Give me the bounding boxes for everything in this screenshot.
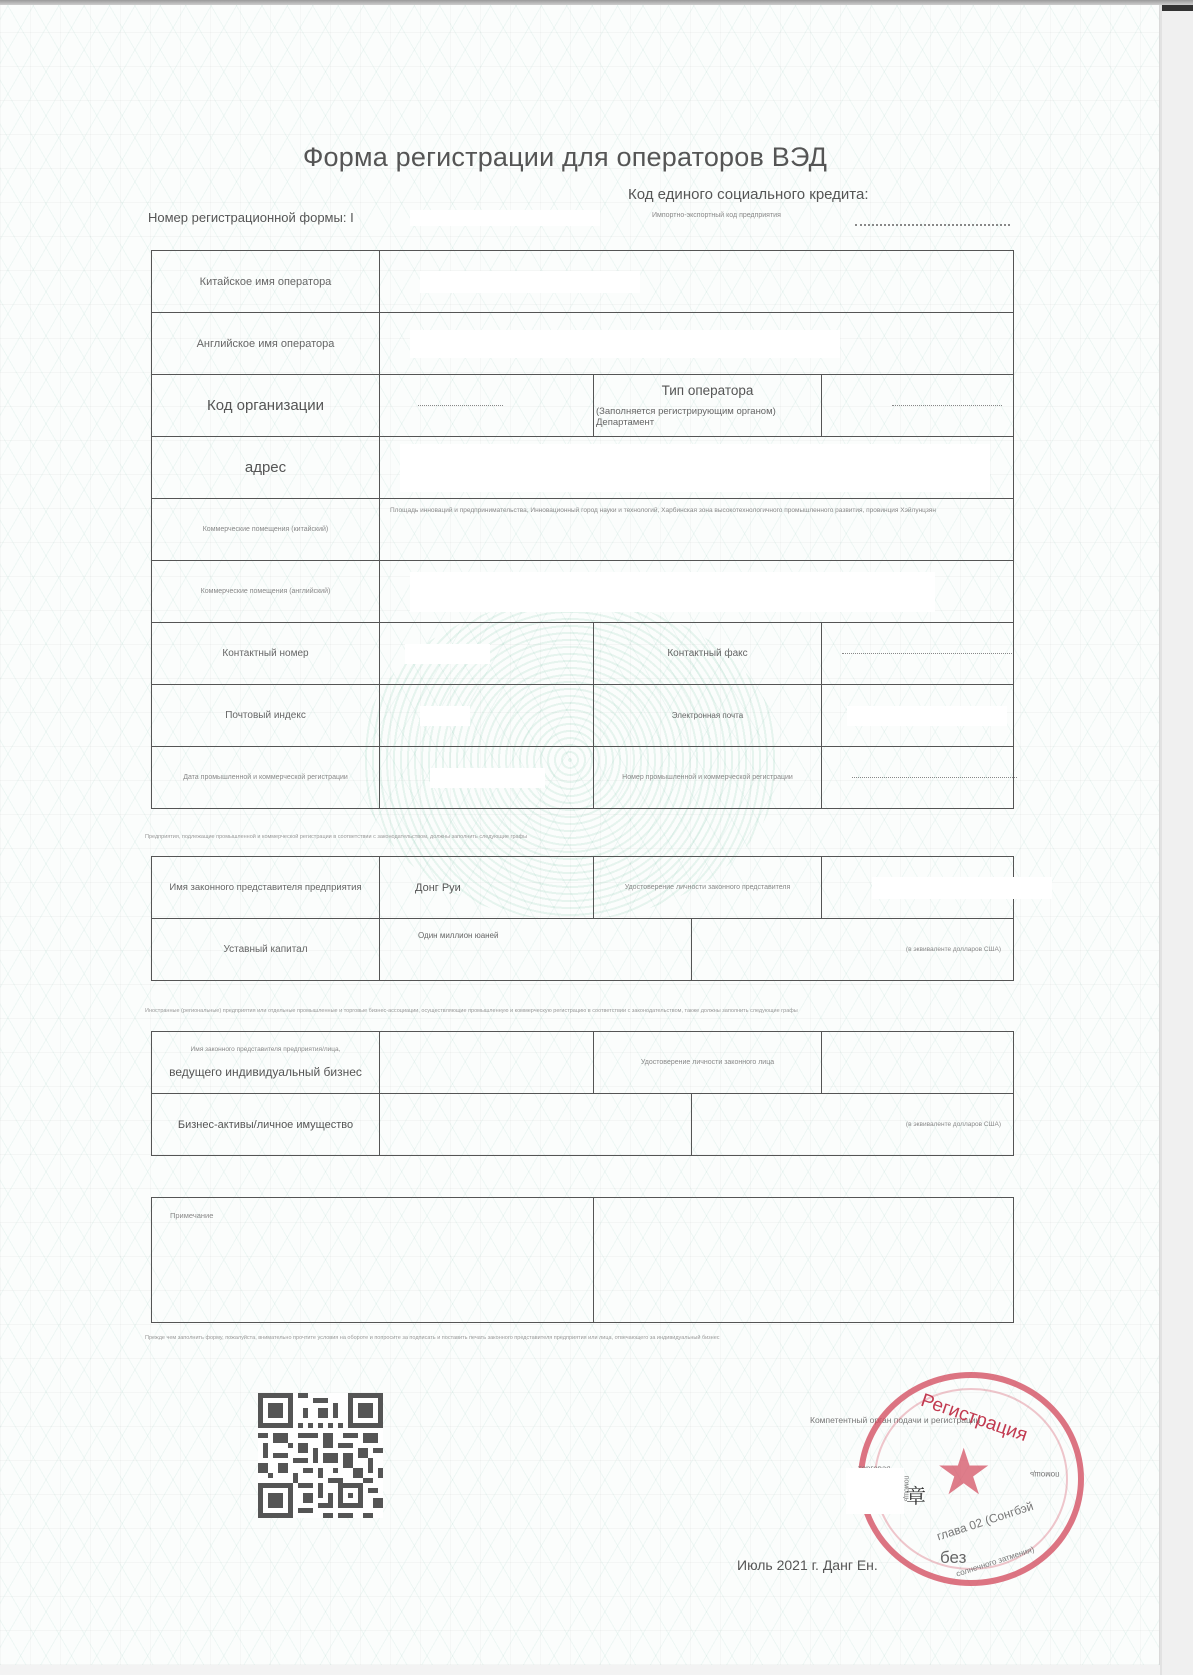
contact-phone-value [380, 623, 594, 685]
legal-rep-label: Имя законного представителя предприятия [152, 857, 380, 919]
chinese-name-value [380, 251, 1014, 313]
seal-redacted [846, 1468, 904, 1514]
operator-type-cell: Тип оператора (Заполняется регистрирующи… [594, 375, 822, 437]
registration-number-redacted [410, 210, 600, 226]
stamp-side-text: помощь [1030, 1470, 1059, 1479]
owner-label-small: Имя законного представителя предприятия/… [158, 1046, 373, 1053]
legal-rep-id-label: Удостоверение личности законного предста… [594, 857, 822, 919]
seal-character: 章 [906, 1480, 926, 1509]
operator-type-note: (Заполняется регистрирующим органом) Деп… [596, 406, 815, 428]
english-name-value [380, 313, 1014, 375]
table-row: Контактный номер Контактный факс [152, 623, 1014, 685]
org-code-label: Код организации [152, 375, 380, 437]
contact-fax-value [822, 623, 1014, 685]
reg-date-value [380, 747, 594, 809]
table-row: Код организации Тип оператора (Заполняет… [152, 375, 1014, 437]
assets-label: Бизнес-активы/личное имущество [152, 1094, 380, 1156]
remarks-label: Примечание [152, 1198, 594, 1323]
note-foreign-fill: Иностранные (региональные) предприятия и… [145, 1008, 798, 1014]
ie-code-label: Импортно-экспортный код предприятия [652, 212, 781, 219]
table-row: Имя законного представителя предприятия … [152, 857, 1014, 919]
table-row: Английское имя оператора [152, 313, 1014, 375]
contact-fax-label: Контактный факс [594, 623, 822, 685]
owner-value [380, 1032, 594, 1094]
reg-number-value [822, 747, 1014, 809]
note-registration-fill: Предприятия, подлежащие промышленной и к… [145, 834, 527, 840]
owner-id-value [822, 1032, 1014, 1094]
operator-info-table: Китайское имя оператора Английское имя о… [151, 250, 1014, 809]
operator-type-label: Тип оператора [600, 383, 815, 398]
credit-code-label: Код единого социального кредита: [628, 186, 869, 203]
capital-value: Один миллион юаней [380, 919, 692, 981]
legal-rep-id-value [822, 857, 1014, 919]
email-value [822, 685, 1014, 747]
stamp-without-text: без [940, 1548, 966, 1568]
english-name-label: Английское имя оператора [152, 313, 380, 375]
table-row: Примечание [152, 1198, 1014, 1323]
page-title: Форма регистрации для операторов ВЭД [0, 142, 1130, 173]
table-row: Бизнес-активы/личное имущество (в эквива… [152, 1094, 1014, 1156]
assets-currency-note: (в эквиваленте долларов США) [692, 1094, 1014, 1156]
address-value [380, 437, 1014, 499]
individual-business-table: Имя законного представителя предприятия/… [151, 1031, 1014, 1156]
legal-rep-table: Имя законного представителя предприятия … [151, 856, 1014, 981]
postal-code-label: Почтовый индекс [152, 685, 380, 747]
owner-id-label: Удостоверение личности законного лица [594, 1032, 822, 1094]
footer-note: Прежде чем заполнить форму, пожалуйста, … [145, 1335, 720, 1341]
table-row: Дата промышленной и коммерческой регистр… [152, 747, 1014, 809]
address-label: адрес [152, 437, 380, 499]
postal-code-value [380, 685, 594, 747]
reg-date-label: Дата промышленной и коммерческой регистр… [152, 747, 380, 809]
table-row: Китайское имя оператора [152, 251, 1014, 313]
email-label: Электронная почта [594, 685, 822, 747]
date-signature: Июль 2021 г. Данг Ен. [737, 1557, 878, 1573]
org-code-value [380, 375, 594, 437]
contact-phone-label: Контактный номер [152, 623, 380, 685]
operator-type-value [822, 375, 1014, 437]
chinese-name-label: Китайское имя оператора [152, 251, 380, 313]
premises-cn-label: Коммерческие помещения (китайский) [152, 499, 380, 561]
table-row: Коммерческие помещения (китайский) Площа… [152, 499, 1014, 561]
remarks-value [594, 1198, 1014, 1323]
remarks-table: Примечание [151, 1197, 1014, 1323]
premises-en-value [380, 561, 1014, 623]
registration-number-label: Номер регистрационной формы: I [148, 210, 354, 225]
legal-rep-value: Донг Руи [380, 857, 594, 919]
table-row: Уставный капитал Один миллион юаней (в э… [152, 919, 1014, 981]
table-row: Коммерческие помещения (английский) [152, 561, 1014, 623]
scan-right-edge [1160, 5, 1193, 1675]
owner-label-cell: Имя законного представителя предприятия/… [152, 1032, 380, 1094]
premises-en-label: Коммерческие помещения (английский) [152, 561, 380, 623]
assets-value [380, 1094, 692, 1156]
credit-code-line [855, 224, 1010, 226]
premises-cn-value: Площадь инноваций и предпринимательства,… [380, 499, 1014, 561]
table-row: адрес [152, 437, 1014, 499]
reg-number-label: Номер промышленной и коммерческой регист… [594, 747, 822, 809]
capital-currency-note: (в эквиваленте долларов США) [692, 919, 1014, 981]
owner-label-big: ведущего индивидуальный бизнес [158, 1065, 373, 1079]
star-icon: ★ [935, 1440, 992, 1504]
table-row: Почтовый индекс Электронная почта [152, 685, 1014, 747]
table-row: Имя законного представителя предприятия/… [152, 1032, 1014, 1094]
capital-label: Уставный капитал [152, 919, 380, 981]
qr-code-icon [258, 1393, 383, 1518]
